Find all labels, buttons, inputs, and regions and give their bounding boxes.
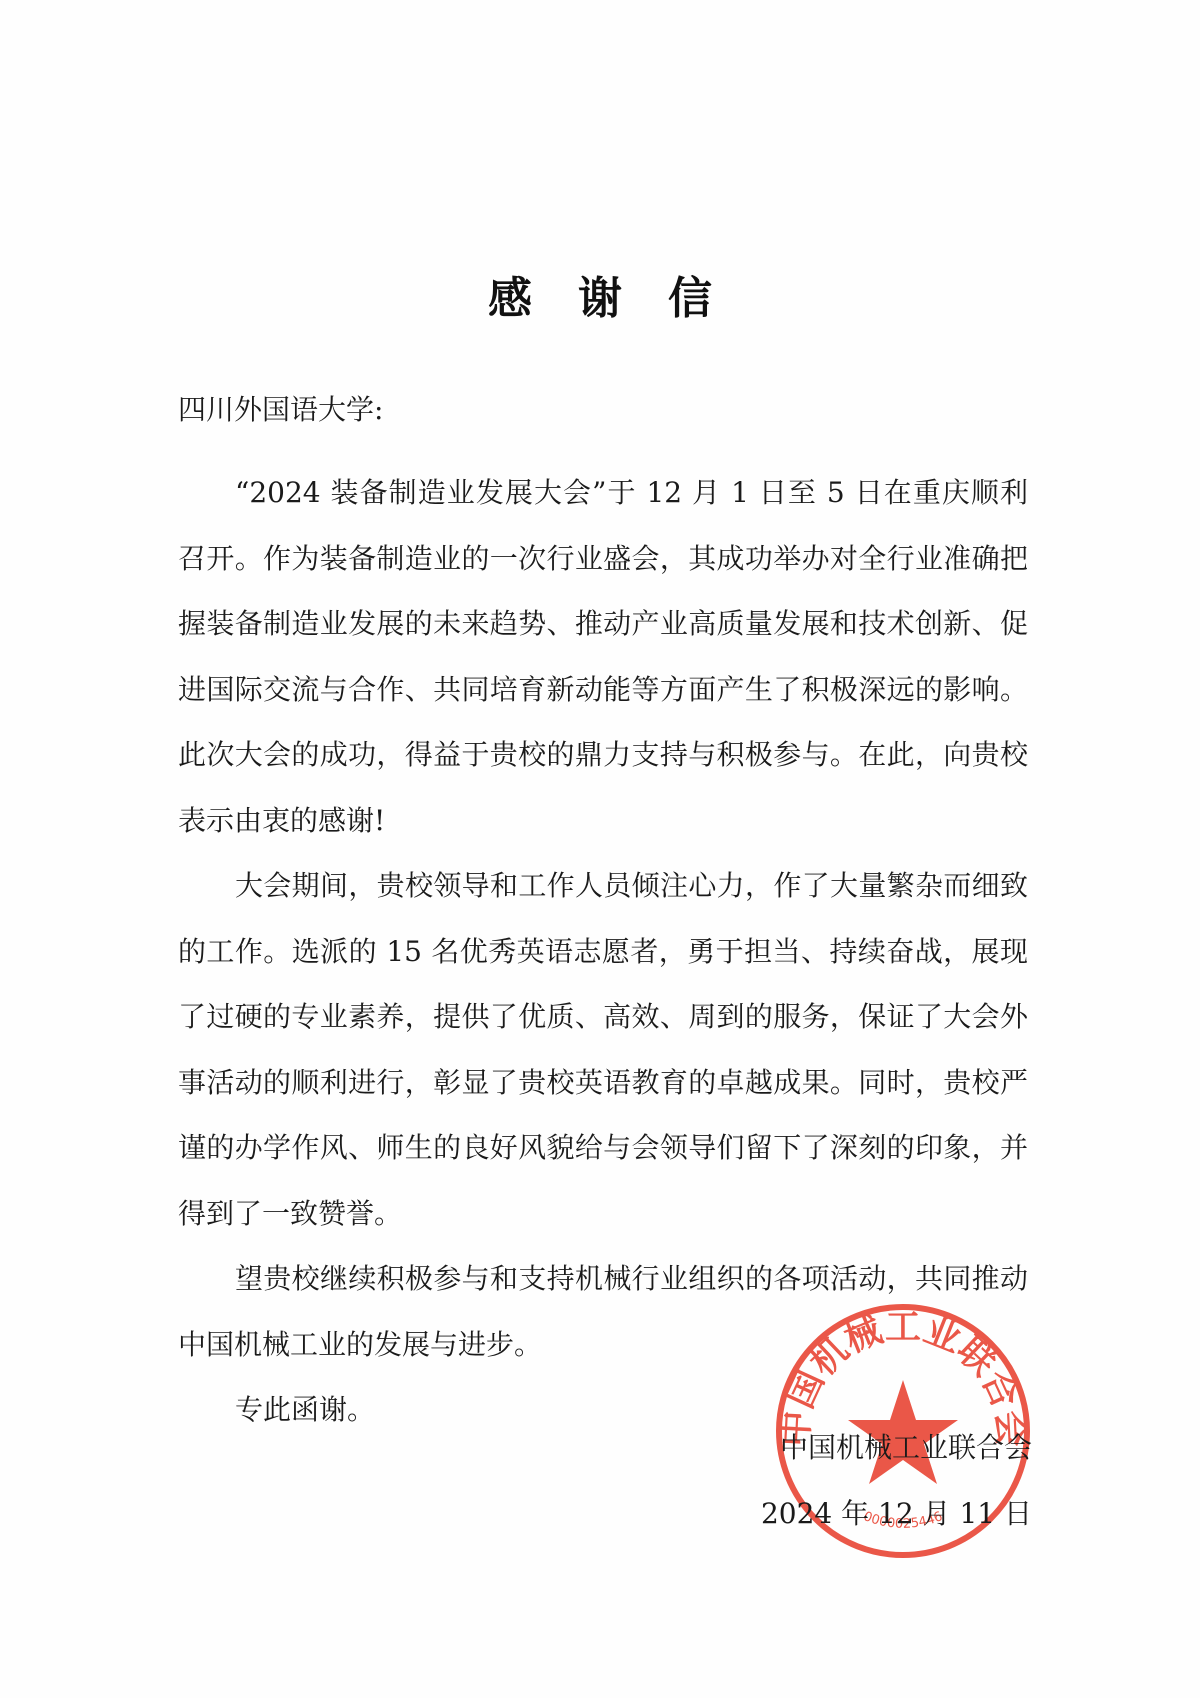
recipient-greeting: 四川外国语大学: (178, 388, 383, 428)
letter-page: 感谢信 四川外国语大学: “2024 装备制造业发展大会”于 12 月 1 日至… (0, 0, 1200, 1698)
letter-date: 2024 年 12 月 11 日 (752, 1492, 1032, 1532)
letter-title: 感谢信 (0, 262, 1200, 326)
letter-body: “2024 装备制造业发展大会”于 12 月 1 日至 5 日在重庆顺利召开。作… (178, 460, 1028, 1443)
body-paragraph: 大会期间，贵校领导和工作人员倾注心力，作了大量繁杂而细致的工作。选派的 15 名… (178, 853, 1028, 1246)
signature-organization: 中国机械工业联合会 (752, 1426, 1032, 1466)
body-paragraph: “2024 装备制造业发展大会”于 12 月 1 日至 5 日在重庆顺利召开。作… (178, 460, 1028, 853)
